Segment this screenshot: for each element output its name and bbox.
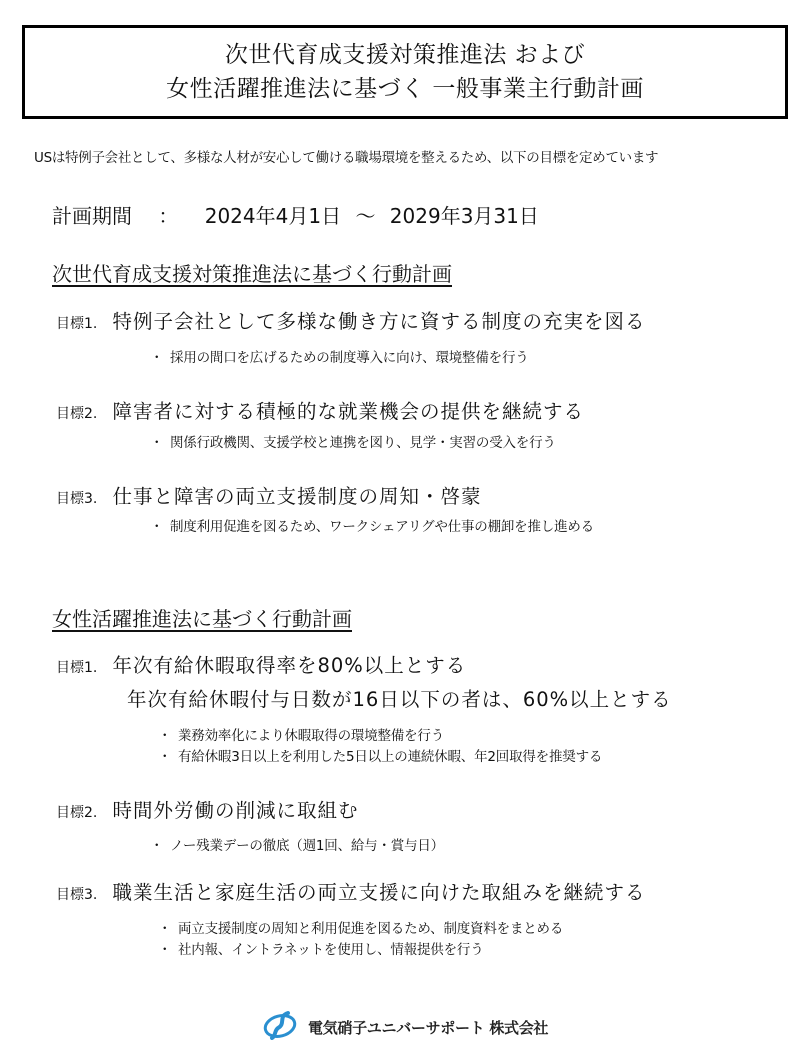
section-heading-women-advancement: 女性活躍推進法に基づく行動計画: [52, 603, 352, 632]
bullet-text: ノー残業デーの徹底（週1回、給与・賞与日）: [170, 838, 444, 854]
document-title-box: 次世代育成支援対策推進法 および 女性活躍推進法に基づく 一般事業主行動計画: [22, 25, 788, 119]
goal-label: 目標2.: [56, 805, 97, 821]
goal-text: 障害者に対する積極的な就業機会の提供を継続する: [112, 400, 584, 423]
goal-text: 職業生活と家庭生活の両立支援に向けた取組みを継続する: [112, 881, 645, 904]
title-line-2: 女性活躍推進法に基づく 一般事業主行動計画: [166, 72, 644, 106]
bullet-text: 関係行政機関、支援学校と連携を図り、見学・実習の受入を行う: [170, 435, 556, 451]
s2-goal-1: 目標1. 年次有給休暇取得率を80%以上とする: [56, 650, 466, 678]
bullet-dot: ・: [150, 515, 170, 535]
s2-goal-1-text-2: 年次有給休暇付与日数が16日以下の者は、60%以上とする: [127, 684, 672, 712]
goal-text: 特例子会社として多様な働き方に資する制度の充実を図る: [112, 310, 645, 333]
plan-period-start: 2024年4月1日: [205, 204, 341, 228]
bullet-text: 採用の間口を広げるための制度導入に向け、環境整備を行う: [170, 350, 529, 366]
s1-goal-2-bullet-1: ・関係行政機関、支援学校と連携を図り、見学・実習の受入を行う: [150, 431, 556, 451]
goal-text: 仕事と障害の両立支援制度の周知・啓蒙: [112, 485, 481, 508]
s1-goal-1: 目標1. 特例子会社として多様な働き方に資する制度の充実を図る: [56, 306, 645, 334]
goal-label: 目標3.: [56, 887, 97, 903]
goal-label: 目標2.: [56, 406, 97, 422]
s2-goal-1-bullet-1: ・業務効率化により休暇取得の環境整備を行う: [158, 724, 444, 744]
bullet-dot: ・: [150, 834, 170, 854]
bullet-dot: ・: [158, 724, 178, 744]
s1-goal-1-bullet-1: ・採用の間口を広げるための制度導入に向け、環境整備を行う: [150, 346, 529, 366]
bullet-dot: ・: [158, 745, 178, 765]
bullet-text: 業務効率化により休暇取得の環境整備を行う: [178, 728, 444, 744]
s1-goal-2: 目標2. 障害者に対する積極的な就業機会の提供を継続する: [56, 396, 584, 424]
goal-label: 目標3.: [56, 491, 97, 507]
goal-text: 時間外労働の削減に取組む: [112, 799, 358, 822]
s1-goal-3: 目標3. 仕事と障害の両立支援制度の周知・啓蒙: [56, 481, 481, 509]
bullet-dot: ・: [150, 431, 170, 451]
s1-goal-3-bullet-1: ・制度利用促進を図るため、ワークシェアリグや仕事の棚卸を推し進める: [150, 515, 594, 535]
goal-label: 目標1.: [56, 660, 97, 676]
bullet-dot: ・: [158, 917, 178, 937]
s2-goal-3: 目標3. 職業生活と家庭生活の両立支援に向けた取組みを継続する: [56, 877, 645, 905]
plan-period-separator: ：: [138, 200, 198, 229]
goal-label: 目標1.: [56, 316, 97, 332]
goal-text: 年次有給休暇取得率を80%以上とする: [112, 654, 466, 677]
bullet-text: 両立支援制度の周知と利用促進を図るため、制度資料をまとめる: [178, 921, 563, 937]
company-logo-swirl-icon: [262, 1010, 302, 1044]
s2-goal-3-bullet-1: ・両立支援制度の周知と利用促進を図るため、制度資料をまとめる: [158, 917, 563, 937]
plan-period-end: 2029年3月31日: [390, 204, 539, 228]
bullet-dot: ・: [158, 938, 178, 958]
company-logo: 電気硝子ユニバーサポート 株式会社: [262, 1010, 548, 1044]
plan-period: 計画期間 ： 2024年4月1日 ～ 2029年3月31日: [52, 200, 539, 229]
s2-goal-1-bullet-2: ・有給休暇3日以上を利用した5日以上の連続休暇、年2回取得を推奨する: [158, 745, 602, 765]
company-name: 電気硝子ユニバーサポート 株式会社: [308, 1017, 548, 1038]
title-line-1: 次世代育成支援対策推進法 および: [225, 38, 585, 72]
s2-goal-2: 目標2. 時間外労働の削減に取組む: [56, 795, 358, 823]
s2-goal-3-bullet-2: ・社内報、イントラネットを使用し、情報提供を行う: [158, 938, 484, 958]
bullet-text: 制度利用促進を図るため、ワークシェアリグや仕事の棚卸を推し進める: [170, 519, 594, 535]
intro-text: USは特例子会社として、多様な人材が安心して働ける職場環境を整えるため、以下の目…: [34, 146, 658, 166]
plan-period-label: 計画期間: [52, 204, 132, 228]
bullet-dot: ・: [150, 346, 170, 366]
plan-period-tilde: ～: [347, 200, 383, 229]
section-heading-next-generation: 次世代育成支援対策推進法に基づく行動計画: [52, 258, 452, 287]
s2-goal-2-bullet-1: ・ノー残業デーの徹底（週1回、給与・賞与日）: [150, 834, 444, 854]
bullet-text: 社内報、イントラネットを使用し、情報提供を行う: [178, 942, 484, 958]
bullet-text: 有給休暇3日以上を利用した5日以上の連続休暇、年2回取得を推奨する: [178, 749, 602, 765]
